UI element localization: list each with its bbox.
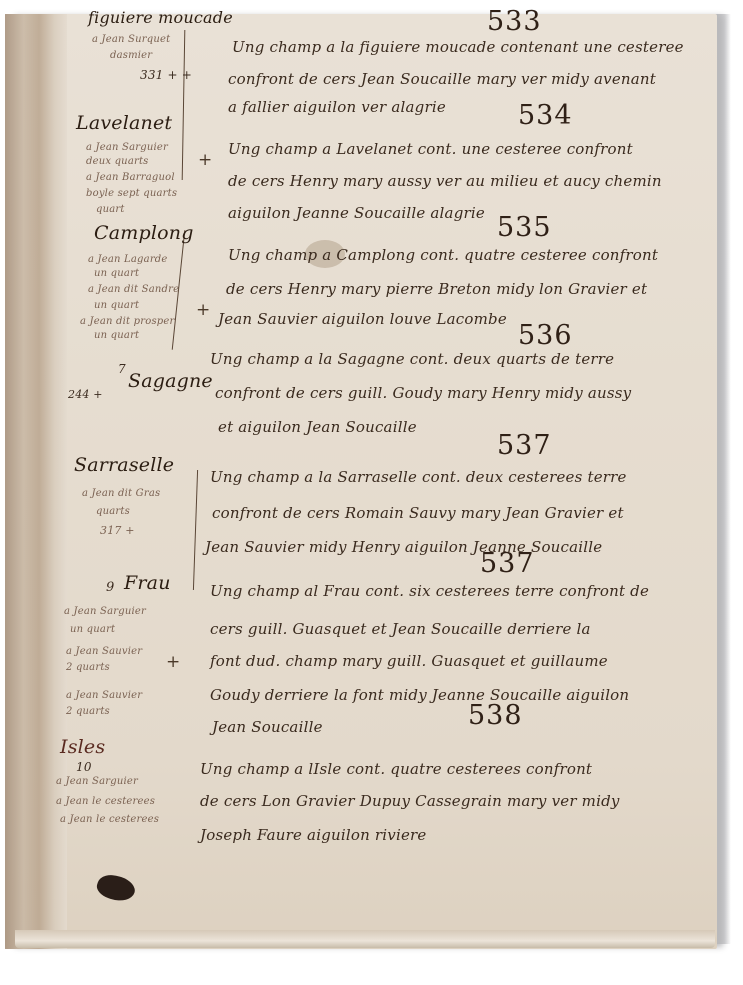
margin-note: 317 +: [100, 524, 135, 537]
cross-mark: +: [196, 300, 210, 320]
margin-title: figuiere moucade: [88, 8, 233, 27]
margin-note: a Jean Barraguol: [86, 172, 175, 183]
entry-number: 537: [480, 548, 535, 579]
margin-note: 2 quarts: [66, 706, 110, 717]
margin-note: 2 quarts: [66, 662, 110, 673]
margin-note: a Jean Sarguier: [56, 776, 138, 787]
margin-note: un quart: [94, 268, 139, 279]
margin-note: quarts: [96, 506, 130, 517]
entry-line: de cers Henry mary pierre Breton midy lo…: [226, 280, 647, 298]
entry-line: Goudy derriere la font midy Jeanne Souca…: [210, 686, 629, 704]
entry-line: confront de cers Jean Soucaille mary ver…: [228, 70, 656, 88]
margin-note: 9: [106, 580, 114, 595]
margin-note: un quart: [70, 624, 115, 635]
entry-line: font dud. champ mary guill. Guasquet et …: [210, 652, 608, 670]
margin-note: a Jean Lagarde: [88, 254, 168, 265]
margin-note: un quart: [94, 330, 139, 341]
margin-note: 331 + +: [140, 68, 192, 82]
margin-note: a Jean dit Sandre: [88, 284, 179, 295]
entry-number: 533: [487, 6, 542, 37]
margin-title: Lavelanet: [76, 112, 172, 134]
entry-line: Joseph Faure aiguilon riviere: [200, 826, 426, 844]
cross-mark: +: [166, 652, 180, 672]
entry-number: 537: [497, 430, 552, 461]
entry-number: 536: [518, 320, 573, 351]
margin-note: deux quarts: [86, 156, 149, 167]
margin-title: Sarraselle: [74, 454, 174, 476]
margin-note: 244 +: [68, 388, 103, 401]
entry-line: Ung champ a la Sagagne cont. deux quarts…: [210, 350, 614, 368]
margin-note: 7: [118, 362, 126, 376]
entry-number: 535: [497, 212, 552, 243]
margin-note: a Jean Sauvier: [66, 690, 142, 701]
entry-line: Ung champ a Lavelanet cont. une cesteree…: [228, 140, 633, 158]
margin-note: a Jean Sauvier: [66, 646, 142, 657]
cross-mark: +: [198, 150, 212, 170]
margin-note: a Jean Sarguier: [86, 142, 168, 153]
margin-note: dasmier: [110, 50, 152, 61]
entry-line: Jean Soucaille: [212, 718, 323, 736]
binding-edge: [5, 14, 67, 949]
entry-line: a fallier aiguilon ver alagrie: [228, 98, 446, 116]
entry-line: Ung champ a la figuiere moucade contenan…: [232, 38, 684, 56]
margin-note: a Jean dit Gras: [82, 488, 160, 499]
entry-line: Ung champ a la Sarraselle cont. deux ces…: [210, 468, 627, 486]
entry-line: Ung champ a Camplong cont. quatre cester…: [228, 246, 658, 264]
margin-title: Camplong: [94, 222, 194, 244]
margin-title: Sagagne: [128, 370, 213, 392]
entry-line: et aiguilon Jean Soucaille: [218, 418, 417, 436]
entry-line: de cers Henry mary aussy ver au milieu e…: [228, 172, 662, 190]
margin-title: Isles: [60, 736, 105, 758]
entry-line: Jean Sauvier aiguilon louve Lacombe: [218, 310, 507, 328]
entry-line: Ung champ a lIsle cont. quatre cesterees…: [200, 760, 592, 778]
margin-note: un quart: [94, 300, 139, 311]
entry-line: Ung champ al Frau cont. six cesterees te…: [210, 582, 649, 600]
margin-note: a Jean dit prosper: [80, 316, 174, 327]
margin-note: a Jean le cesterees: [60, 814, 159, 825]
margin-note: 10: [76, 760, 92, 774]
entry-line: cers guill. Guasquet et Jean Soucaille d…: [210, 620, 591, 638]
page-edge-shadow: [715, 14, 731, 944]
margin-title: Frau: [124, 572, 171, 594]
entry-number: 538: [468, 700, 523, 731]
margin-note: quart: [96, 204, 125, 215]
entry-line: Jean Sauvier midy Henry aiguilon Jeanne …: [205, 538, 602, 556]
entry-line: de cers Lon Gravier Dupuy Cassegrain mar…: [200, 792, 620, 810]
margin-note: a Jean Sarguier: [64, 606, 146, 617]
entry-line: confront de cers Romain Sauvy mary Jean …: [212, 504, 624, 522]
entry-line: aiguilon Jeanne Soucaille alagrie: [228, 204, 485, 222]
margin-note: a Jean le cesterees: [56, 796, 155, 807]
margin-note: boyle sept quarts: [86, 188, 177, 199]
margin-note: a Jean Surquet: [92, 34, 170, 45]
page-bottom-edge: [15, 930, 715, 948]
entry-line: confront de cers guill. Goudy mary Henry…: [215, 384, 631, 402]
entry-number: 534: [518, 100, 573, 131]
